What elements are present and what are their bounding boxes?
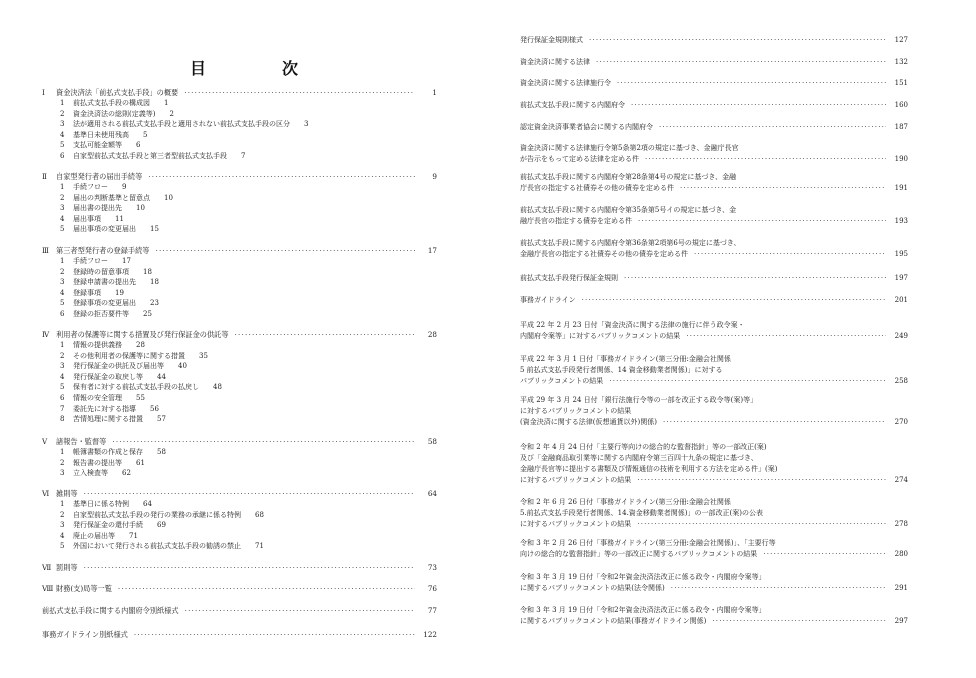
subitem-number: 3: [60, 278, 73, 287]
subitem-title: 発行保証金の取戻し等: [73, 373, 143, 381]
page-number: 190: [892, 154, 908, 165]
subitem-page: 19: [115, 289, 124, 297]
entry-line: に関するパブリックコメントの結果(法令関係): [520, 583, 665, 594]
subitem-title: 手続フロー: [73, 257, 108, 265]
subitem-number: 1: [60, 341, 73, 350]
subitem-page: 1: [164, 99, 168, 107]
section-numeral: Ⅲ: [42, 246, 56, 255]
subitem-number: 2: [60, 459, 73, 468]
page-number: 76: [421, 584, 437, 593]
entry-line: 前払式支払手段に関する内閣府令第36条第2項第6号の規定に基づき、: [520, 238, 908, 249]
toc-entry[interactable]: 令和 3 年 2 月 26 日付「事務ガイドライン(第三分冊:金融会社関係)」、…: [520, 538, 908, 560]
dot-leader: [631, 100, 886, 111]
subitem-title: その他利用者の保護等に関する措置: [73, 352, 185, 360]
page-number: 73: [421, 563, 437, 572]
subitem-number: 4: [60, 131, 73, 140]
subitem-number: 5: [60, 225, 73, 234]
dot-leader: [235, 330, 415, 339]
subitem-number: 3: [60, 120, 73, 129]
subitem-number: 7: [60, 405, 73, 414]
subitem-title: 立入検査等: [73, 469, 108, 477]
subitem-number: 6: [60, 394, 73, 403]
entry-line: に対するパブリックコメントの結果: [520, 475, 631, 486]
page-number: 191: [892, 183, 908, 194]
dot-leader: [185, 606, 415, 615]
dot-leader: [112, 437, 415, 446]
toc-entry[interactable]: 認定資金決済事業者協会に関する内閣府令187: [520, 122, 908, 133]
section-title: 自家型発行者の届出手続等: [56, 172, 142, 181]
toc-subitem[interactable]: 4発行保証金の取戻し等44: [60, 373, 166, 382]
subitem-page: 48: [213, 383, 222, 391]
subitem-number: 5: [60, 383, 73, 392]
toc-entry[interactable]: 前払式支払手段に関する内閣府令第35条第5号イの規定に基づき、金融庁長官の指定す…: [520, 205, 908, 227]
entry-line: 平成 29 年 3 月 24 日付「銀行法施行令等の一部を改正する政令等(案)等…: [520, 395, 908, 406]
right-page: 発行保証金規則様式127資金決済に関する法律132資金決済に関する法律施行令15…: [488, 0, 976, 678]
toc-subitem[interactable]: 2登録時の留意事項18: [60, 268, 152, 277]
page-number: 201: [892, 295, 908, 306]
dot-leader: [638, 216, 886, 227]
section-title: 財務(支)局等一覧: [56, 584, 112, 593]
toc-entry[interactable]: 令和 2 年 4 月 24 日付「主要行等向けの総合的な監督指針」等の一部改正(…: [520, 442, 908, 486]
subitem-title: 基準日未使用残高: [73, 131, 129, 139]
page-number: 151: [892, 78, 908, 89]
subitem-number: 3: [60, 521, 73, 530]
subitem-page: 62: [122, 469, 131, 477]
page-number: 195: [892, 249, 908, 260]
entry-line: に関するパブリックコメントの結果(事務ガイドライン関係): [520, 616, 706, 627]
toc-subitem[interactable]: 2届出の判断基準と留意点10: [60, 194, 173, 203]
toc-subitem[interactable]: 4届出事項11: [60, 215, 124, 224]
subitem-page: 3: [304, 120, 308, 128]
subitem-title: 届出事項: [73, 215, 101, 223]
entry-line: 認定資金決済事業者協会に関する内閣府令: [520, 122, 653, 133]
subitem-number: 2: [60, 110, 73, 119]
entry-line: に対するパブリックコメントの結果: [520, 519, 631, 530]
section-numeral: Ⅰ: [42, 88, 56, 97]
entry-line: が告示をもって定める法律を定める件: [520, 154, 639, 165]
section-title: 第三者型発行者の登録手続等: [56, 246, 149, 255]
page-number: 187: [892, 122, 908, 133]
toc-section-3[interactable]: Ⅲ第三者型発行者の登録手続等17: [42, 246, 437, 255]
page-number: 193: [892, 216, 908, 227]
entry-line: 平成 22 年 2 月 23 日付「資金決済に関する法律の施行に伴う政令案・: [520, 320, 908, 331]
subitem-page: 18: [150, 278, 159, 286]
subitem-title: 法が適用される前払式支払手段と適用されない前払式支払手段の区分: [73, 120, 290, 128]
subitem-page: 18: [143, 268, 152, 276]
subitem-page: 9: [122, 183, 126, 191]
toc-subitem[interactable]: 1帳簿書類の作成と保存58: [60, 448, 166, 457]
toc-subitem[interactable]: 1情報の提供義務28: [60, 341, 145, 350]
toc-section-1[interactable]: Ⅰ資金決済法「前払式支払手段」の概要1: [42, 88, 437, 97]
dot-leader: [763, 549, 886, 560]
dot-leader: [184, 88, 415, 97]
page-number: 132: [892, 57, 908, 68]
toc-subitem[interactable]: 1手続フロー17: [60, 257, 131, 266]
page-number: 28: [421, 330, 437, 339]
entry-line: 向けの総合的な監督指針」等の一部改正に関するパブリックコメントの結果: [520, 549, 757, 560]
toc-section-6[interactable]: Ⅵ雑則等64: [42, 489, 437, 498]
entry-line: (資金決済に関する法律(仮想通貨以外)関係): [520, 417, 657, 428]
subitem-title: 支払可能金額等: [73, 141, 122, 149]
toc-subitem[interactable]: 4登録事項19: [60, 289, 124, 298]
subitem-title: 登録事項の変更届出: [73, 299, 136, 307]
toc-title-char: 目: [190, 56, 206, 79]
entry-line: 令和 2 年 4 月 24 日付「主要行等向けの総合的な監督指針」等の一部改正(…: [520, 442, 908, 453]
subitem-number: 4: [60, 215, 73, 224]
subitem-number: 3: [60, 204, 73, 213]
toc-appendix[interactable]: 前払式支払手段に関する内閣府令別紙様式77: [42, 606, 437, 615]
page-number: 64: [421, 489, 437, 498]
toc-entry[interactable]: 発行保証金規則様式127: [520, 35, 908, 46]
subitem-page: 7: [241, 152, 245, 160]
subitem-page: 23: [150, 299, 159, 307]
page-number: 278: [892, 519, 908, 530]
section-numeral: Ⅴ: [42, 437, 56, 446]
page-number: 1: [421, 88, 437, 97]
section-title: 雑則等: [56, 489, 78, 498]
subitem-title: 発行保証金の還付手続: [73, 521, 143, 529]
toc-section-4[interactable]: Ⅳ利用者の保護等に関する措置及び発行保証金の供託等28: [42, 330, 437, 339]
section-numeral: Ⅳ: [42, 330, 56, 339]
subitem-title: 帳簿書類の作成と保存: [73, 448, 143, 456]
toc-subitem[interactable]: 5支払可能金額等6: [60, 141, 140, 150]
subitem-page: 44: [157, 373, 166, 381]
toc-subitem[interactable]: 2報告書の提出等61: [60, 459, 145, 468]
subitem-page: 6: [136, 141, 140, 149]
toc-entry[interactable]: 令和 3 年 3 月 19 日付「令和2年資金決済法改正に係る政令・内閣府令案等…: [520, 572, 908, 594]
toc-subitem[interactable]: 3法が適用される前払式支払手段と適用されない前払式支払手段の区分3: [60, 120, 308, 129]
subitem-number: 4: [60, 373, 73, 382]
dot-leader: [659, 122, 886, 133]
toc-subitem[interactable]: 5保有者に対する前払式支払手段の払戻し48: [60, 383, 222, 392]
entry-line: 金融庁長官の指定する社債券その他の債券を定める件: [520, 249, 688, 260]
toc-entry[interactable]: 平成 29 年 3 月 24 日付「銀行法施行令等の一部を改正する政令等(案)等…: [520, 395, 908, 428]
subitem-page: 11: [115, 215, 124, 223]
page-number: 197: [892, 273, 908, 284]
toc-subitem[interactable]: 3届出書の提出先10: [60, 204, 145, 213]
dot-leader: [624, 273, 886, 284]
entry-line: 内閣府令案等」に対するパブリックコメントの結果: [520, 331, 680, 342]
subitem-title: 報告書の提出等: [73, 459, 122, 467]
subitem-title: 届出書の提出先: [73, 204, 122, 212]
entry-line: 発行保証金規則様式: [520, 35, 583, 46]
subitem-title: 自家型前払式支払手段と第三者型前払式支払手段: [73, 152, 227, 160]
dot-leader: [663, 417, 886, 428]
entry-line: 資金決済に関する法律施行令: [520, 78, 611, 89]
subitem-page: 17: [122, 257, 131, 265]
entry-line: 融庁長官の指定する債券を定める件: [520, 216, 632, 227]
toc-section-5[interactable]: Ⅴ諸報告・監督等58: [42, 437, 437, 446]
entry-line: に対するパブリックコメントの結果: [520, 406, 908, 417]
page-number: 9: [421, 172, 437, 181]
section-title: 資金決済法「前払式支払手段」の概要: [56, 88, 178, 97]
appendix-title: 前払式支払手段に関する内閣府令別紙様式: [42, 606, 179, 615]
toc-subitem[interactable]: 1前払式支払手段の構成図1: [60, 99, 168, 108]
subitem-title: 届出事項の変更届出: [73, 225, 136, 233]
subitem-number: 6: [60, 152, 73, 161]
subitem-number: 1: [60, 257, 73, 266]
toc-subitem[interactable]: 1手続フロー9: [60, 183, 126, 192]
dot-leader: [596, 57, 886, 68]
subitem-page: 10: [164, 194, 173, 202]
toc-subitem[interactable]: 6自家型前払式支払手段と第三者型前払式支払手段7: [60, 152, 245, 161]
dot-leader: [671, 583, 886, 594]
section-title: 利用者の保護等に関する措置及び発行保証金の供託等: [56, 330, 229, 339]
subitem-number: 3: [60, 469, 73, 478]
subitem-page: 56: [150, 405, 159, 413]
dot-leader: [134, 630, 415, 639]
toc-subitem[interactable]: 4廃止の届出等71: [60, 532, 138, 541]
section-numeral: Ⅱ: [42, 172, 56, 181]
toc-entry[interactable]: 資金決済に関する法律施行令第5条第2項の規定に基づき、金融庁長官が告示をもって定…: [520, 143, 908, 165]
page-number: 160: [892, 100, 908, 111]
toc-subitem[interactable]: 7委託先に対する指導56: [60, 405, 159, 414]
entry-line: 資金決済に関する法律施行令第5条第2項の規定に基づき、金融庁長官: [520, 143, 908, 154]
subitem-number: 5: [60, 542, 73, 551]
subitem-page: 15: [150, 225, 159, 233]
toc-entry[interactable]: 前払式支払手段に関する内閣府令160: [520, 100, 908, 111]
toc-subitem[interactable]: 3立入検査等62: [60, 469, 131, 478]
section-title: 諸報告・監督等: [56, 437, 106, 446]
subitem-number: 5: [60, 299, 73, 308]
subitem-title: 届出の判断基準と留意点: [73, 194, 150, 202]
page-number: 58: [421, 437, 437, 446]
dot-leader: [155, 246, 415, 255]
subitem-page: 64: [143, 500, 152, 508]
subitem-page: 61: [136, 459, 145, 467]
subitem-number: 3: [60, 362, 73, 371]
entry-line: 前払式支払手段に関する内閣府令第28条第4号の規定に基づき、金融: [520, 172, 908, 183]
dot-leader: [609, 376, 886, 387]
toc-entry[interactable]: 令和 2 年 6 月 26 日付「事務ガイドライン(第三分冊:金融会社関係5.前…: [520, 497, 908, 530]
dot-leader: [712, 616, 886, 627]
toc-subitem[interactable]: 2資金決済法の総則(定義等)2: [60, 110, 174, 119]
page-number: 17: [421, 246, 437, 255]
subitem-page: 57: [157, 415, 166, 423]
page-number: 127: [892, 35, 908, 46]
subitem-page: 71: [255, 542, 264, 550]
subitem-title: 保有者に対する前払式支払手段の払戻し: [73, 383, 199, 391]
entry-line: 令和 2 年 6 月 26 日付「事務ガイドライン(第三分冊:金融会社関係: [520, 497, 908, 508]
section-title: 罰則等: [56, 563, 78, 572]
toc-subitem[interactable]: 5届出事項の変更届出15: [60, 225, 159, 234]
section-numeral: Ⅷ: [42, 584, 56, 593]
section-numeral: Ⅵ: [42, 489, 56, 498]
toc-entry[interactable]: 事務ガイドライン201: [520, 295, 908, 306]
subitem-page: 69: [157, 521, 166, 529]
subitem-page: 25: [143, 310, 152, 318]
toc-entry[interactable]: 資金決済に関する法律132: [520, 57, 908, 68]
subitem-title: 委託先に対する指導: [73, 405, 136, 413]
toc-title-char: 次: [282, 56, 298, 79]
subitem-number: 1: [60, 448, 73, 457]
appendix-title: 事務ガイドライン別紙様式: [42, 630, 128, 639]
subitem-title: 登録事項: [73, 289, 101, 297]
subitem-page: 71: [129, 532, 138, 540]
dot-leader: [680, 183, 886, 194]
subitem-number: 4: [60, 532, 73, 541]
left-page: 目次 Ⅰ資金決済法「前払式支払手段」の概要11前払式支払手段の構成図12資金決済…: [0, 0, 488, 678]
subitem-title: 発行保証金の供託及び届出等: [73, 362, 164, 370]
page-number: 297: [892, 616, 908, 627]
entry-line: パブリックコメントの結果: [520, 376, 603, 387]
subitem-number: 5: [60, 141, 73, 150]
subitem-title: 自家型前払式支払手段の発行の業務の承継に係る特例: [73, 511, 241, 519]
subitem-number: 2: [60, 352, 73, 361]
dot-leader: [589, 35, 886, 46]
page-number: 291: [892, 583, 908, 594]
toc-entry[interactable]: 資金決済に関する法律施行令151: [520, 78, 908, 89]
subitem-title: 情報の安全管理: [73, 394, 122, 402]
subitem-page: 5: [143, 131, 147, 139]
subitem-number: 1: [60, 99, 73, 108]
entry-line: 及び「金融商品取引業等に関する内閣府令第三百四十九条の規定に基づき、: [520, 453, 908, 464]
entry-line: 令和 3 年 2 月 26 日付「事務ガイドライン(第三分冊:金融会社関係)」、…: [520, 538, 908, 549]
entry-line: 前払式支払手段発行保証金規則: [520, 273, 618, 284]
subitem-title: 登録申請書の提出先: [73, 278, 136, 286]
toc-subitem[interactable]: 6登録の拒否要件等25: [60, 310, 152, 319]
toc-entry[interactable]: 前払式支払手段に関する内閣府令第36条第2項第6号の規定に基づき、金融庁長官の指…: [520, 238, 908, 260]
dot-leader: [686, 331, 886, 342]
toc-subitem[interactable]: 8苦情処理に関する措置57: [60, 415, 166, 424]
toc-subitem[interactable]: 2自家型前払式支払手段の発行の業務の承継に係る特例68: [60, 511, 264, 520]
toc-subitem[interactable]: 3登録申請書の提出先18: [60, 278, 159, 287]
toc-section-7[interactable]: Ⅶ罰則等73: [42, 563, 437, 572]
toc-entry[interactable]: 前払式支払手段発行保証金規則197: [520, 273, 908, 284]
subitem-number: 2: [60, 268, 73, 277]
dot-leader: [637, 475, 886, 486]
subitem-title: 廃止の届出等: [73, 532, 115, 540]
entry-line: 5.前払式支払手段発行者関係、14.資金移動業者関係)」の一部改正(案)の公表: [520, 508, 908, 519]
subitem-page: 58: [157, 448, 166, 456]
section-numeral: Ⅶ: [42, 563, 56, 572]
toc-section-2[interactable]: Ⅱ自家型発行者の届出手続等9: [42, 172, 437, 181]
toc-entry[interactable]: 令和 3 年 3 月 19 日付「令和2年資金決済法改正に係る政令・内閣府令案等…: [520, 605, 908, 627]
page-number: 77: [421, 606, 437, 615]
subitem-page: 40: [178, 362, 187, 370]
subitem-title: 登録の拒否要件等: [73, 310, 129, 318]
page-number: 249: [892, 331, 908, 342]
subitem-title: 登録時の留意事項: [73, 268, 129, 276]
subitem-number: 1: [60, 183, 73, 192]
subitem-page: 55: [136, 394, 145, 402]
dot-leader: [645, 154, 886, 165]
entry-line: 平成 22 年 3 月 1 日付「事務ガイドライン(第三分冊:金融会社関係: [520, 354, 908, 365]
dot-leader: [582, 295, 886, 306]
entry-line: 5 前払式支払手段発行者関係、14 資金移動業者関係)」に対する: [520, 365, 908, 376]
dot-leader: [84, 563, 415, 572]
entry-line: 前払式支払手段に関する内閣府令: [520, 100, 625, 111]
toc-subitem[interactable]: 3発行保証金の還付手続69: [60, 521, 166, 530]
subitem-title: 基準日に係る特例: [73, 500, 129, 508]
dot-leader: [148, 172, 415, 181]
toc-section-8[interactable]: Ⅷ財務(支)局等一覧76: [42, 584, 437, 593]
toc-subitem[interactable]: 3発行保証金の供託及び届出等40: [60, 362, 187, 371]
toc-subitem[interactable]: 5登録事項の変更届出23: [60, 299, 159, 308]
page-number: 122: [421, 630, 437, 639]
subitem-number: 6: [60, 310, 73, 319]
subitem-title: 資金決済法の総則(定義等): [73, 110, 155, 118]
subitem-page: 2: [169, 110, 173, 118]
subitem-number: 2: [60, 511, 73, 520]
entry-line: 令和 3 年 3 月 19 日付「令和2年資金決済法改正に係る政令・内閣府令案等…: [520, 605, 908, 616]
toc-entry[interactable]: 前払式支払手段に関する内閣府令第28条第4号の規定に基づき、金融庁長官の指定する…: [520, 172, 908, 194]
dot-leader: [637, 519, 886, 530]
page-number: 280: [892, 549, 908, 560]
subitem-title: 情報の提供義務: [73, 341, 122, 349]
subitem-title: 手続フロー: [73, 183, 108, 191]
page-number: 270: [892, 417, 908, 428]
toc-subitem[interactable]: 5外国において発行される前払式支払手段の勧誘の禁止71: [60, 542, 264, 551]
entry-line: 前払式支払手段に関する内閣府令第35条第5号イの規定に基づき、金: [520, 205, 908, 216]
entry-line: 庁長官の指定する社債券その他の債券を定める件: [520, 183, 674, 194]
subitem-number: 4: [60, 289, 73, 298]
entry-line: 令和 3 年 3 月 19 日付「令和2年資金決済法改正に係る政令・内閣府令案等…: [520, 572, 908, 583]
subitem-number: 2: [60, 194, 73, 203]
subitem-number: 8: [60, 415, 73, 424]
subitem-page: 10: [136, 204, 145, 212]
toc-subitem[interactable]: 6情報の安全管理55: [60, 394, 145, 403]
subitem-title: 前払式支払手段の構成図: [73, 99, 150, 107]
dot-leader: [617, 78, 886, 89]
toc-appendix[interactable]: 事務ガイドライン別紙様式122: [42, 630, 437, 639]
toc-subitem[interactable]: 1基準日に係る特例64: [60, 500, 152, 509]
dot-leader: [118, 584, 415, 593]
subitem-title: 苦情処理に関する措置: [73, 415, 143, 423]
subitem-title: 外国において発行される前払式支払手段の勧誘の禁止: [73, 542, 241, 550]
subitem-page: 68: [255, 511, 264, 519]
subitem-page: 28: [136, 341, 145, 349]
subitem-page: 35: [199, 352, 208, 360]
subitem-number: 1: [60, 500, 73, 509]
toc-entry[interactable]: 平成 22 年 3 月 1 日付「事務ガイドライン(第三分冊:金融会社関係5 前…: [520, 354, 908, 387]
entry-line: 事務ガイドライン: [520, 295, 576, 306]
toc-subitem[interactable]: 2その他利用者の保護等に関する措置35: [60, 352, 208, 361]
entry-line: 資金決済に関する法律: [520, 57, 590, 68]
page-number: 258: [892, 376, 908, 387]
toc-title: 目次: [0, 56, 488, 79]
dot-leader: [84, 489, 415, 498]
toc-entry[interactable]: 平成 22 年 2 月 23 日付「資金決済に関する法律の施行に伴う政令案・内閣…: [520, 320, 908, 342]
page-number: 274: [892, 475, 908, 486]
dot-leader: [694, 249, 886, 260]
entry-line: 金融庁長官等に提出する書類及び情報通信の技術を利用する方法を定める件」(案): [520, 464, 908, 475]
toc-subitem[interactable]: 4基準日未使用残高5: [60, 131, 147, 140]
